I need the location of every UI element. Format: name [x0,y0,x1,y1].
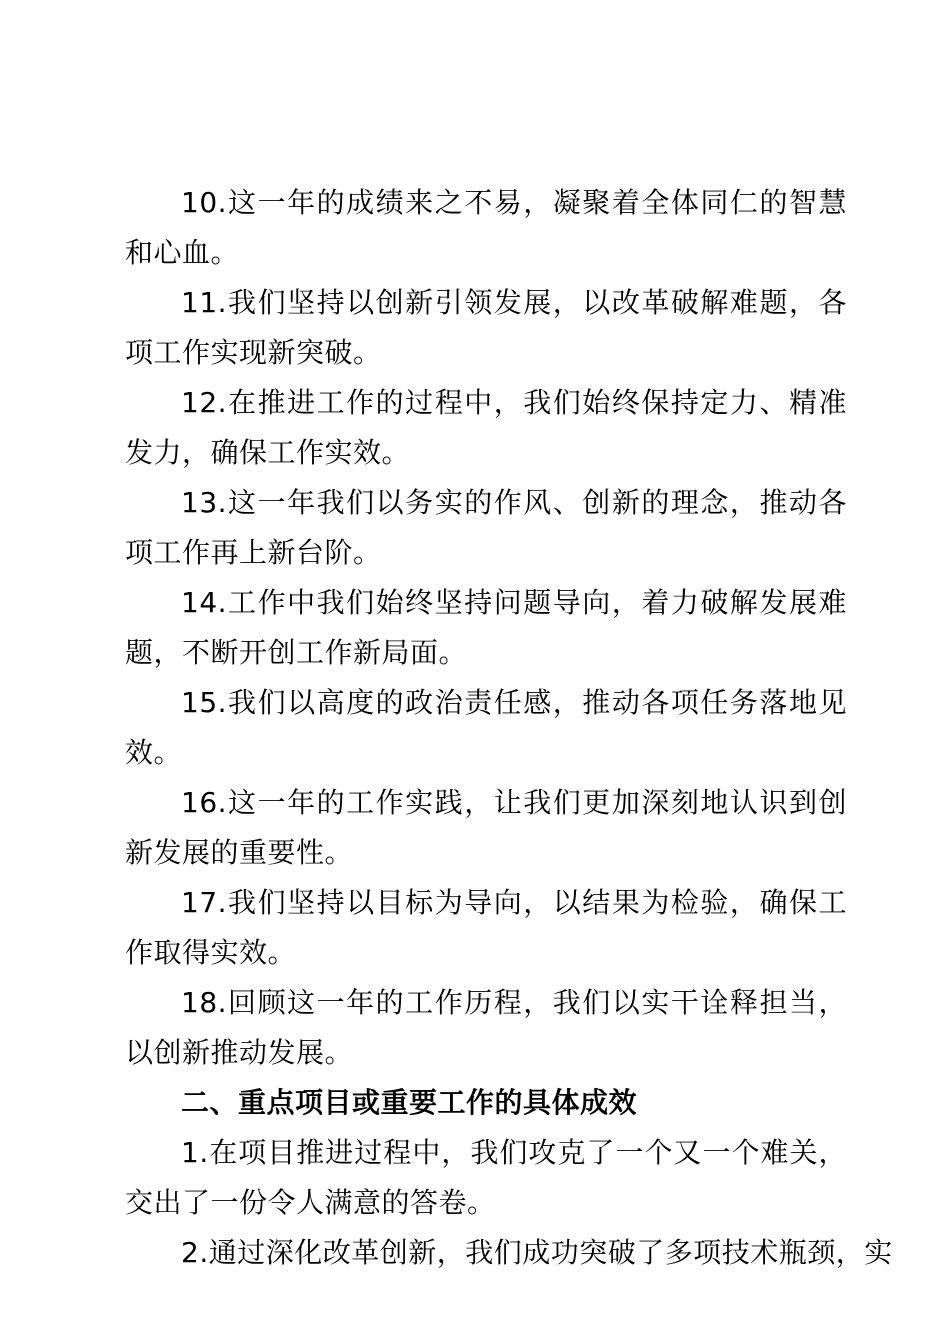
paragraph-13: 13.这一年我们以务实的作风、创新的理念，推动各项工作再上新台阶。 [125,478,847,578]
paragraph-14: 14.工作中我们始终坚持问题导向，着力破解发展难题，不断开创工作新局面。 [125,578,847,678]
paragraph-11: 11.我们坚持以创新引领发展，以改革破解难题，各项工作实现新突破。 [125,278,847,378]
document-page: 10.这一年的成绩来之不易，凝聚着全体同仁的智慧和心血。 11.我们坚持以创新引… [0,0,950,1344]
paragraph-sec2-1: 1.在项目推进过程中，我们攻克了一个又一个难关，交出了一份令人满意的答卷。 [125,1128,847,1228]
paragraph-17: 17.我们坚持以目标为导向，以结果为检验，确保工作取得实效。 [125,878,847,978]
paragraph-16: 16.这一年的工作实践，让我们更加深刻地认识到创新发展的重要性。 [125,778,847,878]
paragraph-sec2-2-truncated: 2.通过深化改革创新，我们成功突破了多项技术瓶颈，实 [125,1228,847,1278]
section-heading-2: 二、重点项目或重要工作的具体成效 [125,1078,847,1128]
paragraph-12: 12.在推进工作的过程中，我们始终保持定力、精准发力，确保工作实效。 [125,378,847,478]
paragraph-15: 15.我们以高度的政治责任感，推动各项任务落地见效。 [125,678,847,778]
document-text-block: 10.这一年的成绩来之不易，凝聚着全体同仁的智慧和心血。 11.我们坚持以创新引… [125,178,847,1278]
paragraph-10: 10.这一年的成绩来之不易，凝聚着全体同仁的智慧和心血。 [125,178,847,278]
paragraph-18: 18.回顾这一年的工作历程，我们以实干诠释担当，以创新推动发展。 [125,978,847,1078]
